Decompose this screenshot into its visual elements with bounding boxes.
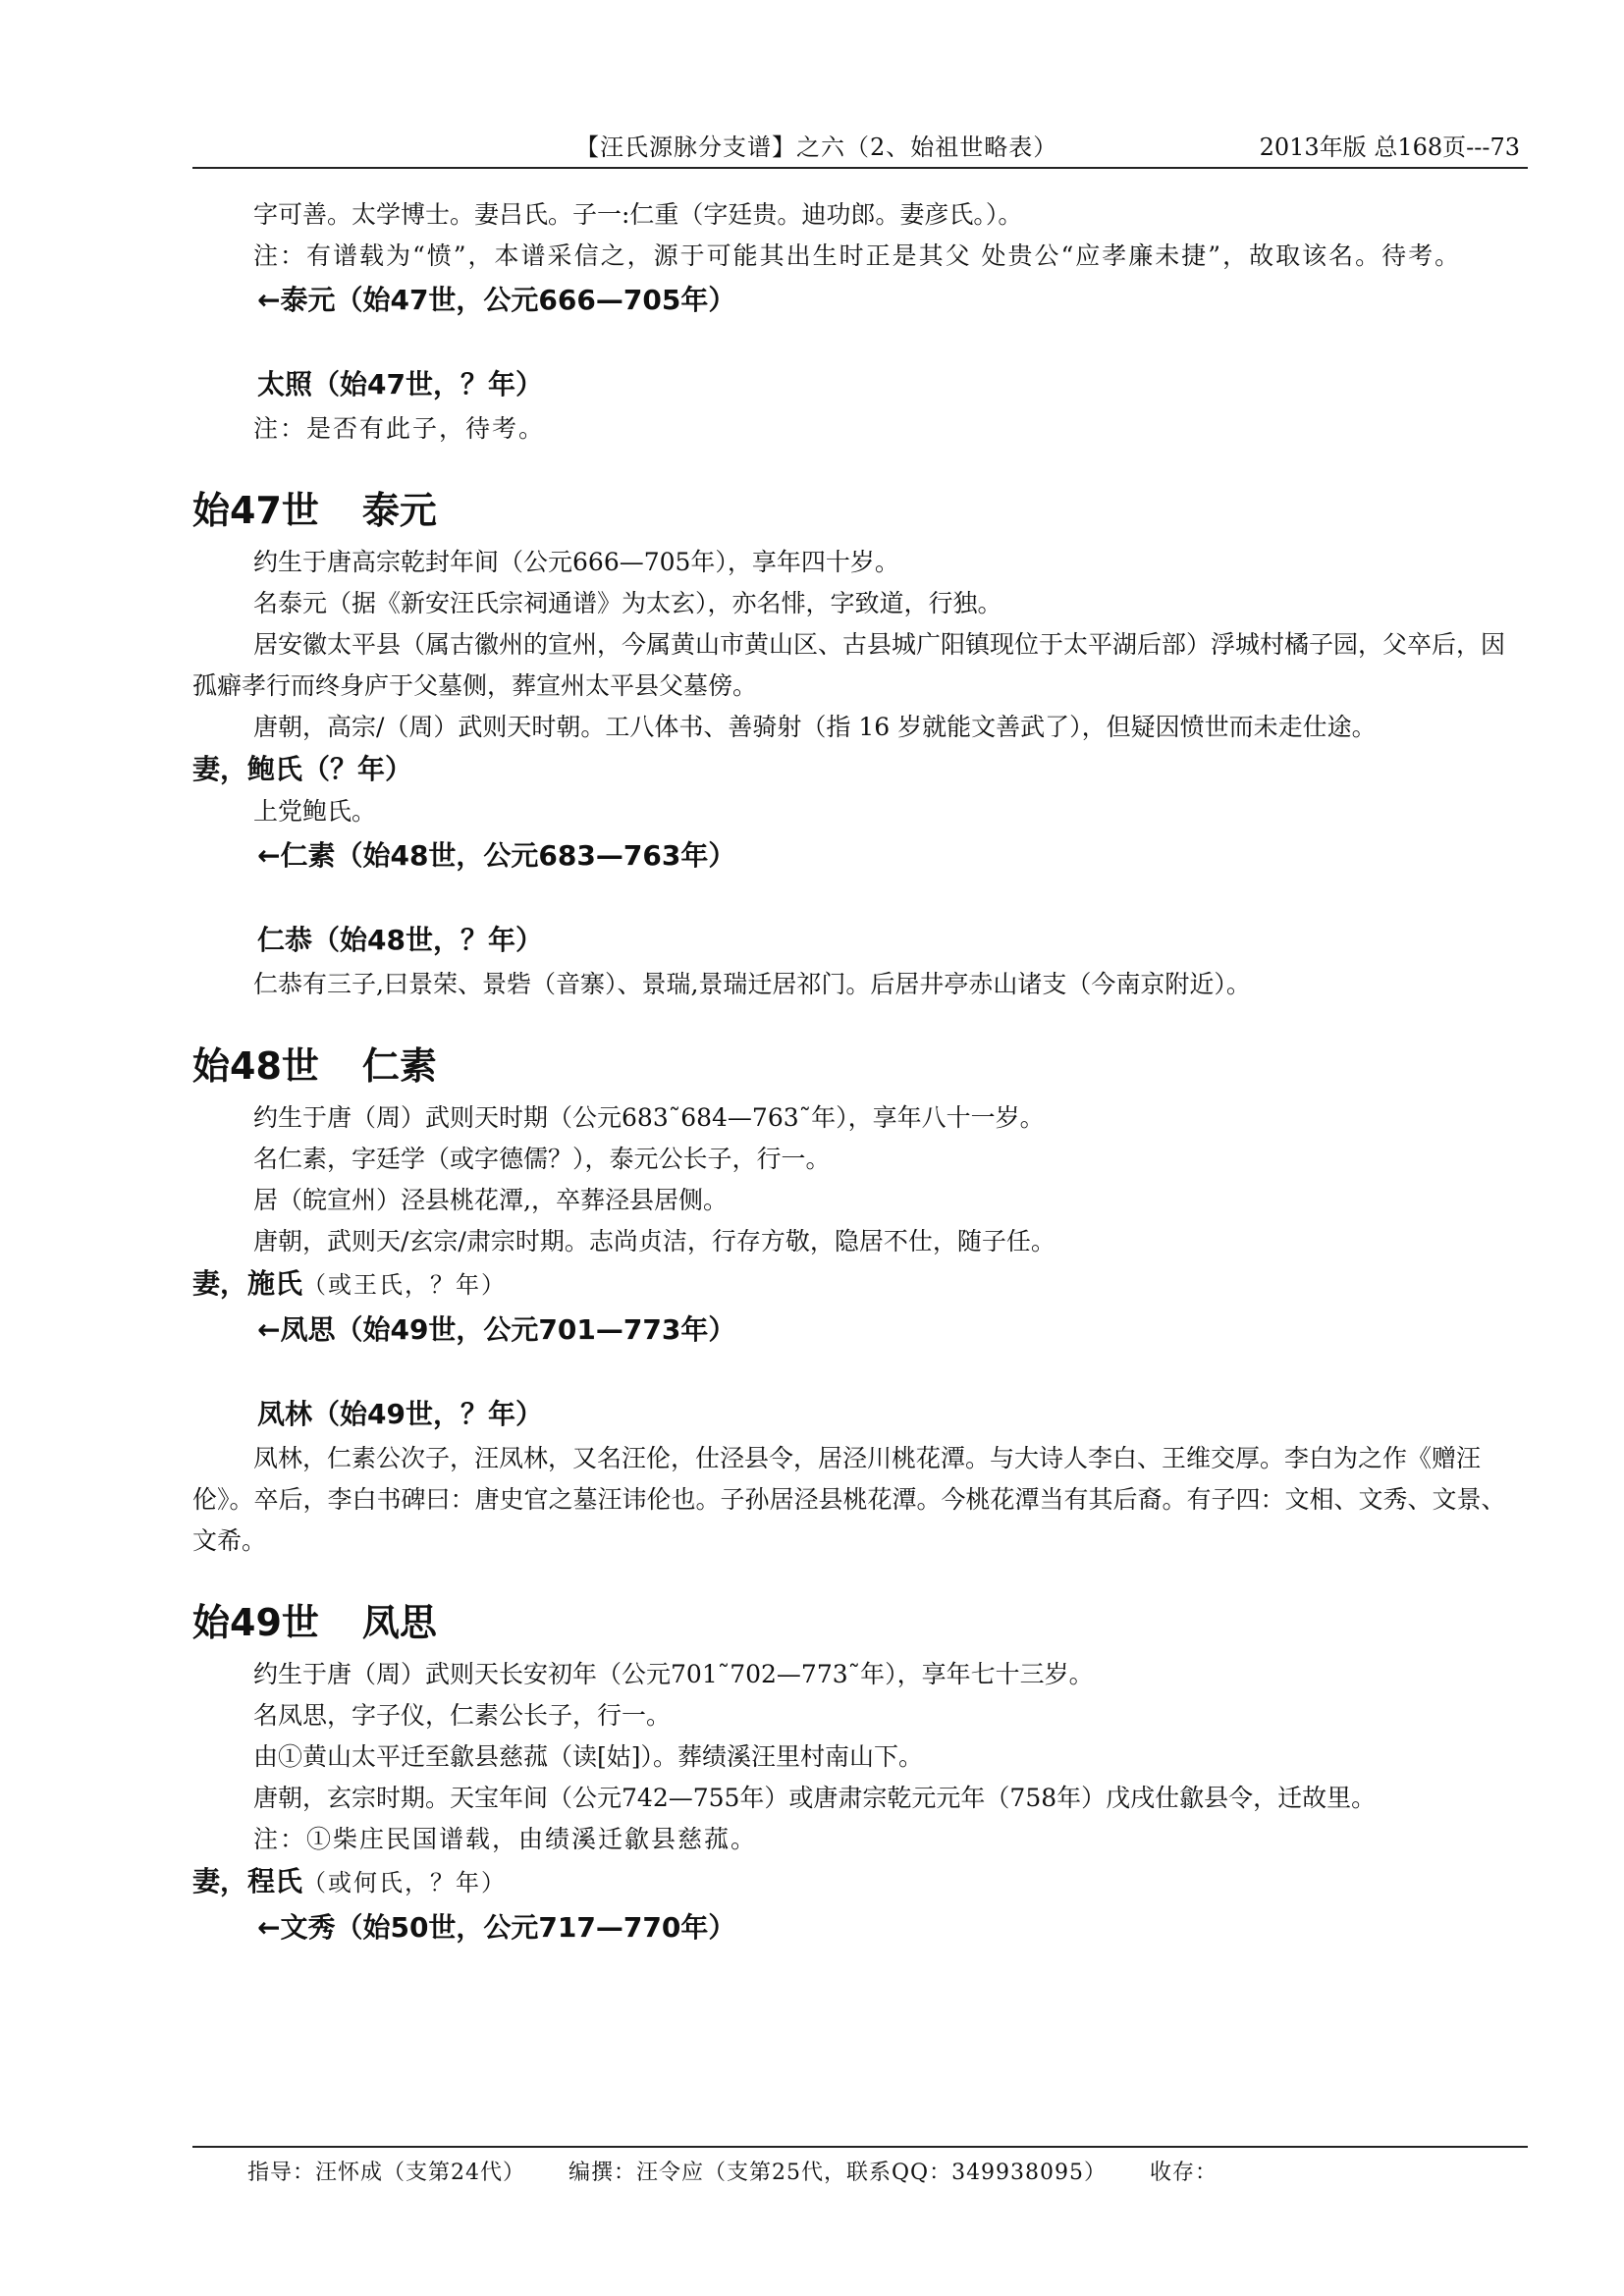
footer-editor: 编撰：汪令应（支第25代，联系QQ：349938095） — [568, 2161, 1107, 2185]
bio-paragraph: 名仁素，字廷学（或字德儒？），泰元公长子，行一。 — [192, 1139, 1528, 1180]
intro-child-lineage: ←泰元（始47世，公元666—705年） — [192, 279, 1528, 322]
generation-person-name: 仁素 — [362, 1044, 437, 1088]
bio-paragraph: 约生于唐高宗乾封年间（公元666—705年），享年四十岁。 — [192, 542, 1528, 583]
bio-paragraph: 由①黄山太平迁至歙县慈菰（读[姑]）。葬绩溪汪里村南山下。 — [192, 1736, 1528, 1778]
intro-line: 字可善。太学博士。妻吕氏。子一:仁重（字廷贵。迪功郎。妻彦氏。）。 — [192, 194, 1528, 236]
intro-child-other: 太照（始47世，？年） — [192, 363, 1528, 406]
intro-note: 注：有谱载为“愤”，本谱采信之，源于可能其出生时正是其父 处贵公“应孝廉未捷”，… — [192, 236, 1528, 277]
generation-number: 始49世 — [192, 1601, 319, 1644]
bio-paragraph: 唐朝，玄宗时期。天宝年间（公元742—755年）或唐肃宗乾元元年（758年）戊戌… — [192, 1778, 1528, 1819]
spouse-name: 妻，程氏 — [192, 1865, 302, 1897]
header-edition-page: 2013年版 总168页---73 — [1260, 128, 1520, 162]
footer-credits: 指导：汪怀成（支第24代） 编撰：汪令应（支第25代，联系QQ：34993809… — [192, 2148, 1528, 2186]
spouse-alt: （或王氏，？年） — [302, 1271, 507, 1299]
spouse-note: 上党鲍氏。 — [192, 791, 1528, 832]
generation-person-name: 泰元 — [362, 489, 437, 532]
bio-paragraph: 名泰元（据《新安汪氏宗祠通谱》为太玄），亦名悱，字致道，行独。 — [192, 583, 1528, 624]
generation-heading-49: 始49世凤思 — [192, 1595, 1528, 1650]
child-other-note: 仁恭有三子,曰景荣、景砦（音寨）、景瑞,景瑞迁居祁门。后居井亭赤山诸支（今南京附… — [192, 964, 1528, 1005]
bio-paragraph: 唐朝，武则天/玄宗/肃宗时期。志尚贞洁，行存方敬，隐居不仕，随子任。 — [192, 1221, 1528, 1262]
child-lineage: ←仁素（始48世，公元683—763年） — [192, 834, 1528, 878]
generation-heading-47: 始47世泰元 — [192, 483, 1528, 538]
intro-child-other-note: 注：是否有此子，待考。 — [192, 408, 1528, 450]
section-note: 注：①柴庄民国谱载，由绩溪迁歙县慈菰。 — [192, 1819, 1528, 1860]
child-other: 仁恭（始48世，？年） — [192, 919, 1528, 962]
footer-guide: 指导：汪怀成（支第24代） — [247, 2161, 525, 2185]
spouse-heading: 妻，鲍氏（？年） — [192, 748, 1528, 791]
bio-paragraph: 居安徽太平县（属古徽州的宣州，今属黄山市黄山区、古县城广阳镇现位于太平湖后部）浮… — [192, 624, 1528, 707]
generation-person-name: 凤思 — [362, 1601, 437, 1644]
child-other-note: 凤林，仁素公次子，汪凤林，又名汪伦，仕泾县令，居泾川桃花潭。与大诗人李白、王维交… — [192, 1438, 1528, 1562]
generation-number: 始48世 — [192, 1044, 319, 1088]
spouse-heading: 妻，程氏（或何氏，？年） — [192, 1860, 1528, 1904]
bio-paragraph: 唐朝，高宗/（周）武则天时朝。工八体书、善骑射（指 16 岁就能文善武了），但疑… — [192, 707, 1528, 748]
page-footer: 指导：汪怀成（支第24代） 编撰：汪令应（支第25代，联系QQ：34993809… — [192, 2146, 1528, 2186]
footer-collection: 收存： — [1150, 2161, 1218, 2185]
page-header: 【汪氏源脉分支谱】之六（2、始祖世略表） 2013年版 总168页---73 — [192, 126, 1528, 169]
child-lineage: ←凤思（始49世，公元701—773年） — [192, 1308, 1528, 1352]
child-other: 凤林（始49世，？年） — [192, 1393, 1528, 1436]
spouse-heading: 妻，施氏（或王氏，？年） — [192, 1262, 1528, 1307]
header-title: 【汪氏源脉分支谱】之六（2、始祖世略表） — [575, 128, 1057, 162]
generation-heading-48: 始48世仁素 — [192, 1039, 1528, 1094]
generation-number: 始47世 — [192, 489, 319, 532]
bio-paragraph: 名凤思，字子仪，仁素公长子，行一。 — [192, 1695, 1528, 1736]
bio-paragraph: 居（皖宣州）泾县桃花潭,，卒葬泾县居侧。 — [192, 1180, 1528, 1221]
bio-paragraph: 约生于唐（周）武则天长安初年（公元701˜702—773˜年），享年七十三岁。 — [192, 1654, 1528, 1695]
child-lineage: ←文秀（始50世，公元717—770年） — [192, 1906, 1528, 1949]
document-body: 字可善。太学博士。妻吕氏。子一:仁重（字廷贵。迪功郎。妻彦氏。）。 注：有谱载为… — [192, 194, 1528, 1951]
spouse-name: 妻，施氏 — [192, 1267, 302, 1300]
spouse-alt: （或何氏，？年） — [302, 1869, 507, 1896]
bio-paragraph: 约生于唐（周）武则天时期（公元683˜684—763˜年），享年八十一岁。 — [192, 1097, 1528, 1139]
